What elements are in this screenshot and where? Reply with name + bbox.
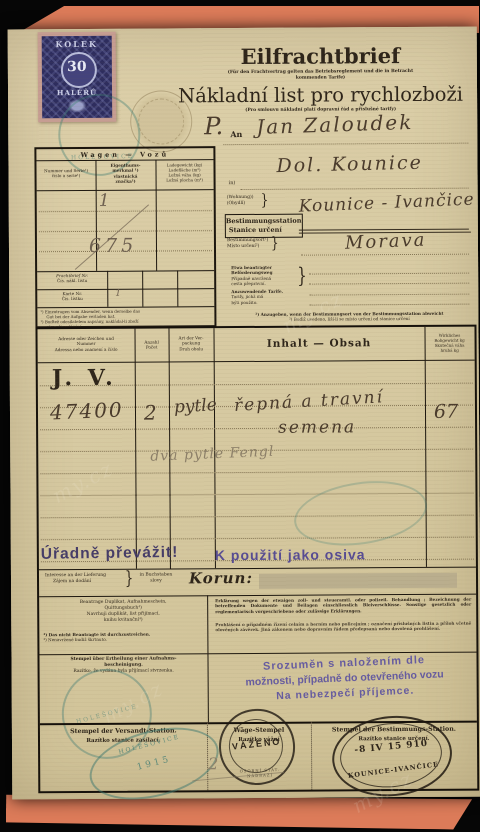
- wagon-box: Wagen — Vozů Nummer und Serie¹) číslo a …: [34, 146, 216, 328]
- wagon-handwritten-karte: 1: [115, 289, 121, 299]
- addressee-dotted-line: [223, 143, 468, 145]
- tarife-cz-2: býti použito.: [231, 300, 257, 305]
- wagon-col3-line4: Ložná plocha (m²): [166, 177, 203, 182]
- goods-row-line-8: [41, 537, 474, 541]
- goods-header-verpackung-3: Druh obalu: [179, 346, 203, 351]
- tarife-de: Anzuwendende Tarife.: [231, 289, 283, 294]
- wagon-col2-line1: Eigenthums-: [110, 163, 140, 168]
- wagon-frachtbrief-label: Frachtbrief Nr. Čís. nákl. listu: [39, 273, 105, 284]
- photo-background: 13578 2 KOLEK 30 HALÉŘŮ HOLEŠOVICE Eilfr…: [0, 0, 480, 832]
- weg-dotted-line-1: [309, 273, 469, 275]
- tarife-label: Anzuwendende Tarife. Tarify, jichž má bý…: [231, 289, 283, 306]
- befoerderungsweg-label: Etwa beantragter Beförderungsweg Případn…: [231, 265, 273, 287]
- title-german: Eilfrachtbrief: [173, 43, 468, 70]
- wohnung-label: (Wohnung)) (Obydlí): [227, 195, 254, 207]
- wagon-col2-line2: merkmal ¹): [112, 168, 138, 173]
- bestimmungsstation-de: Bestimmungsstation: [226, 217, 300, 225]
- wagon-fb-rule: [37, 270, 214, 272]
- goods-handwritten-content-2: semena: [278, 417, 356, 437]
- wagon-col2-header: Eigenthums- merkmal ¹) vlastnická značka…: [96, 163, 154, 185]
- goods-header-verpackung: Art der Ver- packung Druh obalu: [170, 335, 213, 352]
- wagon-karte-label: Karte Nr. Čís. lístku: [39, 291, 105, 302]
- korun-label: Korun:: [189, 569, 253, 587]
- wagon-col1-cz: číslo a serie¹): [52, 173, 81, 178]
- goods-handwritten-content-1: řepná a travní: [233, 387, 384, 416]
- aufnahms-de-2: bescheinigung.: [104, 662, 143, 667]
- wagon-box-title: Wagen — Vozů: [36, 150, 213, 159]
- handwritten-region: Morava: [345, 229, 427, 253]
- wagon-karte-rule: [37, 288, 214, 290]
- handwritten-prefix: P.: [204, 112, 223, 140]
- freight-document: KOLEK 30 HALÉŘŮ HOLEŠOVICE Eilfrachtbrie…: [8, 27, 480, 800]
- handwritten-town: Dol. Kounice: [276, 152, 423, 177]
- wagon-header-rule: [37, 189, 214, 191]
- faint-oval-stamp: [290, 473, 432, 554]
- duplikat-box-divider: [207, 595, 208, 653]
- wagon-row-line-1: [39, 210, 212, 212]
- in-label: in): [229, 180, 236, 187]
- an-label: An: [230, 129, 242, 139]
- goods-header-inhalt: Inhalt — Obsah: [215, 337, 424, 350]
- weg-cz-1: Případně navržená: [231, 276, 271, 281]
- bestimmungsort-dotted-line: [301, 254, 469, 256]
- handwritten-station: Kounice - Ivančice: [298, 190, 475, 217]
- aufnahms-de-1: Stempel über Ertheilung einer Aufnahms-: [70, 656, 176, 662]
- wagon-karte-de: Karte Nr.: [62, 291, 82, 296]
- wohnung-de: (Wohnung)): [227, 195, 254, 200]
- goods-col-divider-4: [424, 327, 426, 567]
- buchstaben-de: in Buchstaben: [140, 572, 173, 577]
- tarife-cz-1: Tarify, jichž má: [231, 294, 263, 299]
- destination-footnotes: ²) Anzugeben, wenn der Bestimmungsort vo…: [225, 311, 473, 323]
- title-czech: Nákladní list pro rychlozboži: [168, 83, 473, 108]
- goods-header-address-2: Nummer: [77, 341, 96, 346]
- duplikat-cz-2: knihu kvitanční⁴): [104, 617, 143, 622]
- prevazit-stamp: Úřadně převážit!: [41, 544, 179, 564]
- buchstaben-cz: slovy: [150, 578, 162, 583]
- bestimmungsstation-label-box: Bestimmungsstation Stanice určení: [225, 214, 303, 238]
- lieferung-de: Interesse an der Lieferung: [45, 573, 106, 578]
- goods-header-address: Adresse oder Zeichen und Nummer Adressa …: [39, 336, 134, 353]
- goods-header-gewicht-4: hrubá kg: [440, 348, 458, 353]
- wagon-col1-header: Nummer und Serie¹) číslo a serie¹): [38, 168, 95, 179]
- goods-col-divider-1: [134, 329, 136, 569]
- weg-dotted-line-2: [309, 283, 469, 285]
- wohnung-cz: (Obydlí): [227, 201, 245, 206]
- weg-de-1: Etwa beantragter: [231, 265, 272, 270]
- goods-header-verpackung-1: Art der Ver-: [178, 335, 203, 340]
- erklaerung-czech: Prohlášení o případném řízení celním a b…: [215, 621, 471, 633]
- bestimmungsort-label: Bestimmungsort²) Místo určení²): [227, 238, 268, 250]
- goods-header-anzahl-cz: Počet: [146, 345, 158, 350]
- main-form: Adresse oder Zeichen und Nummer Adressa …: [35, 325, 479, 794]
- aufnahms-box-divider: [207, 653, 208, 722]
- wagon-col2-line4: značka¹): [116, 179, 136, 184]
- goods-header-rule: [38, 360, 475, 364]
- revenue-stamp-name: KOLEK: [42, 39, 112, 49]
- wagon-handwritten-serie: 1: [99, 191, 110, 211]
- subtitle-german-2: kommenden Tarife): [183, 75, 458, 82]
- wagon-handwritten-lade: 675: [89, 235, 137, 257]
- goods-header-anzahl: Anzahl Počet: [136, 339, 168, 350]
- wagon-pencil-slash: [75, 204, 149, 269]
- goods-row-line-3: [40, 427, 473, 431]
- befoerderungsweg-brace: }: [297, 263, 307, 288]
- town-dotted-line: [241, 188, 469, 190]
- waege-pencil-number: 2: [208, 754, 218, 773]
- lieferung-labels: Interesse an der Lieferung Zájem na dodá…: [45, 573, 106, 585]
- duplikat-de-1: Beantrage Duplikat, Aufnahmeschein,: [80, 599, 167, 605]
- wagon-frachtbrief-cz: Čís. nákl. listu: [57, 278, 87, 283]
- goods-handwritten-number: 47400: [50, 397, 125, 424]
- lieferung-brace: }: [125, 569, 133, 590]
- bestimmungsort-cz: Místo určení²): [227, 244, 259, 249]
- wagon-frachtbrief-de: Frachtbrief Nr.: [56, 273, 88, 278]
- goods-handwritten-count: 2: [144, 401, 157, 425]
- wagon-karte-cz: Čís. lístku: [62, 296, 83, 301]
- bestimmungsort-brace: }: [271, 234, 279, 252]
- erklaerung-german: Erklärung wegen der etwaigen zoll- und s…: [215, 597, 471, 615]
- wagon-title-rule: [36, 159, 213, 161]
- weg-de-2: Beförderungsweg: [231, 270, 272, 275]
- duplikat-lines: Beantrage Duplikat, Aufnahmeschein, Quit…: [43, 599, 203, 623]
- goods-handwritten-packing: pytle: [173, 395, 217, 417]
- duplikat-de-2: Quittungsbuch⁴): [104, 605, 141, 610]
- osiva-stamp: K použití jako osiva: [215, 546, 366, 563]
- weg-cz-2: cesta přepravní.: [231, 281, 266, 286]
- goods-header-gewicht: Wirkliches Rohgewicht kg Skutečná váha h…: [426, 333, 474, 353]
- wohnung-brace: }: [261, 191, 269, 209]
- duplikat-cz-1: Navrhuji duplikát, list přijímací,: [87, 611, 160, 616]
- korun-row-rule: [39, 567, 476, 571]
- goods-header-address-1: Adresse oder Zeichen und: [58, 336, 114, 341]
- lieferung-cz: Zájem na dodání: [53, 579, 91, 584]
- goods-header-address-3: Adressa nebo znamení a číslo: [55, 347, 118, 352]
- wagon-col1-de: Nummer und Serie¹): [44, 168, 88, 173]
- duplikat-footnote-cz: ⁴) Nenavržené budiž škrtnuto.: [43, 637, 107, 642]
- srozumen-stamp: Srozuměn s naložením dle možnosti, přípa…: [219, 652, 471, 704]
- wagon-row-line-2: [39, 230, 212, 232]
- wagon-col3-header: Ladegewicht (kg) Ladefläche (m²) Ložná v…: [156, 162, 212, 182]
- goods-sender-mark: J. V.: [52, 365, 117, 391]
- goods-header-verpackung-2: packung: [182, 341, 200, 346]
- duplikat-footnotes: ⁴) Das nicht Beantragte ist durchzustrei…: [43, 631, 203, 643]
- bestimmungsort-de: Bestimmungsort²): [227, 238, 268, 243]
- goods-header-anzahl-de: Anzahl: [144, 340, 158, 345]
- korun-erased-band: [259, 573, 457, 589]
- revenue-stamp-value: 30: [61, 59, 93, 75]
- buchstaben-labels: in Buchstaben slovy: [135, 572, 177, 584]
- handwritten-addressee: Jan Zaloudek: [256, 110, 414, 139]
- goods-handwritten-weight: 67: [434, 401, 458, 423]
- wagon-col2-line3: vlastnická: [114, 174, 138, 179]
